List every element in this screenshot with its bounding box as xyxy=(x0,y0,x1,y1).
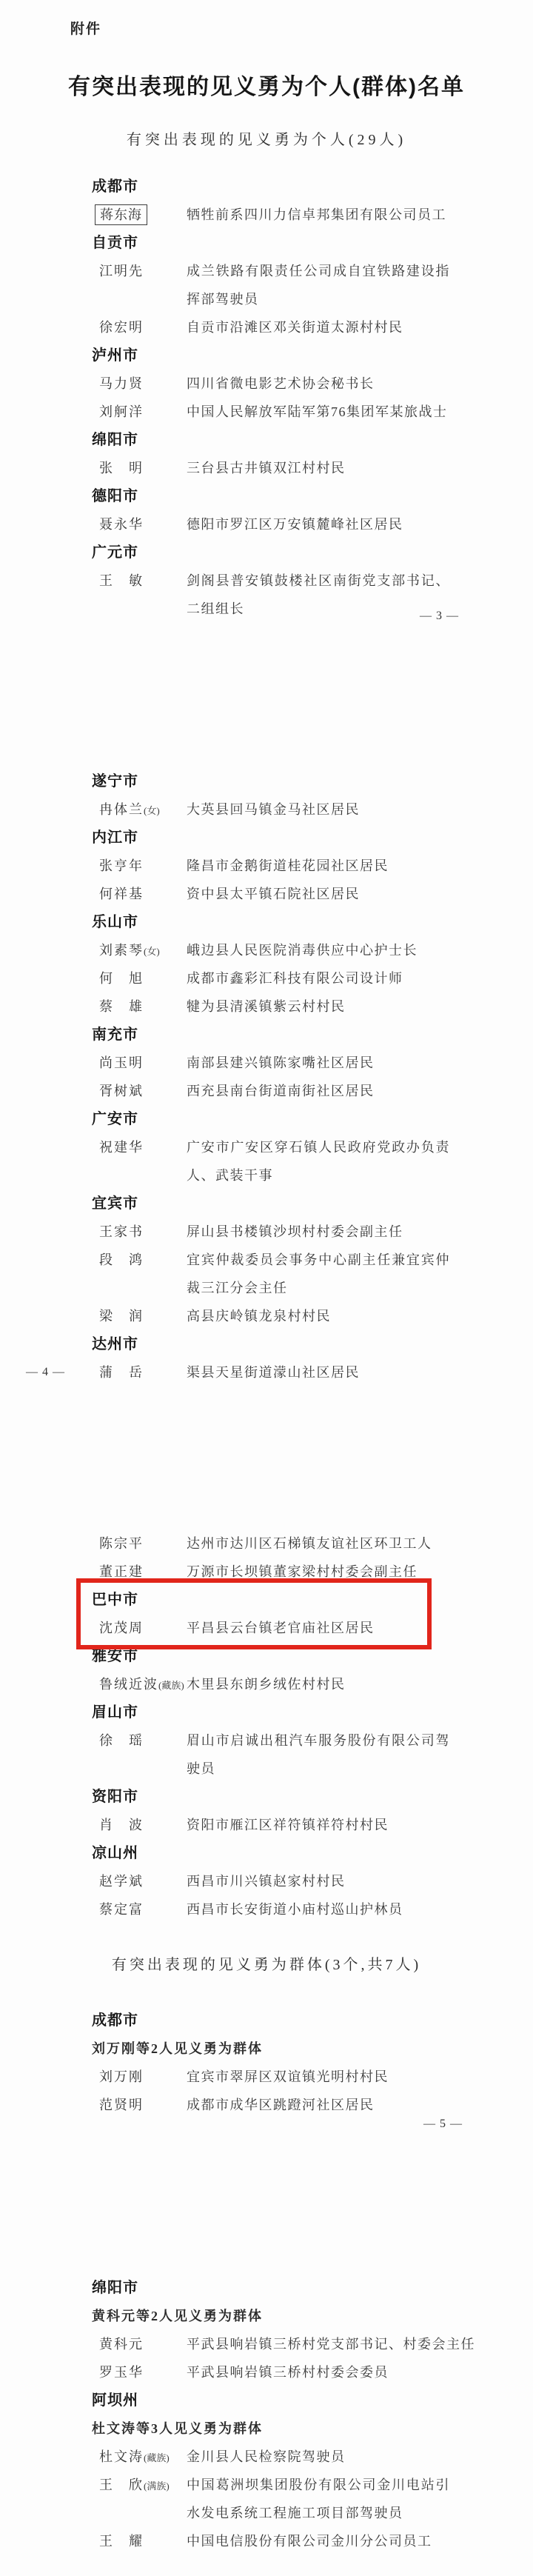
individual-section-title: 有突出表现的见义勇为个人(29人) xyxy=(0,127,533,149)
entry-name: 鲁绒近波(藏族) xyxy=(99,1670,184,1700)
entry-row: 段 鸿宜宾仲裁委员会事务中心副主任兼宜宾仲裁三江分会主任 xyxy=(0,1246,533,1302)
entry-desc: 峨边县人民医院消毒供应中心护士长 xyxy=(187,936,450,964)
entry-name: 马力贤 xyxy=(99,370,144,398)
entry-row: 蔡 雄犍为县清溪镇紫云村村民 xyxy=(0,992,533,1021)
entry-desc: 高县庆岭镇龙泉村村民 xyxy=(187,1302,450,1330)
entry-desc: 广安市广安区穿石镇人民政府党政办负责人、武装干事 xyxy=(187,1133,450,1189)
entry-name: 肖 波 xyxy=(99,1811,144,1839)
entry-row: 胥树斌西充县南台街道南街社区居民 xyxy=(0,1077,533,1105)
entry-name: 沈茂周 xyxy=(99,1614,144,1642)
page2-list: 遂宁市冉体兰(女)大英县回马镇金马社区居民内江市张亨年隆昌市金鹅街道桂花园社区居… xyxy=(0,767,533,1387)
entry-ethnic-suffix: (藏族) xyxy=(144,2452,170,2463)
entry-row: 蒋东海牺牲前系四川力信卓邦集团有限公司员工 xyxy=(0,201,533,229)
entry-desc: 平武县响岩镇三桥村村委会委员 xyxy=(187,2358,450,2386)
entry-desc: 西充县南台街道南街社区居民 xyxy=(187,1077,450,1105)
entry-name: 王 耀 xyxy=(99,2527,144,2555)
group-header: 刘万刚等2人见义勇为群体 xyxy=(0,2035,533,2063)
entry-row: 刘素琴(女)峨边县人民医院消毒供应中心护士长 xyxy=(0,936,533,964)
entry-name: 刘万刚 xyxy=(99,2063,144,2091)
entry-desc: 渠县天星街道濛山社区居民 xyxy=(187,1358,450,1387)
city-header: 乐山市 xyxy=(0,908,533,936)
entry-row: 马力贤四川省微电影艺术协会秘书长 xyxy=(0,370,533,398)
entry-row: 鲁绒近波(藏族)木里县东朗乡绒佐村村民 xyxy=(0,1670,533,1698)
entry-name: 王 欣(满族) xyxy=(99,2471,170,2500)
entry-row: 江明先成兰铁路有限责任公司成自宜铁路建设指挥部驾驶员 xyxy=(0,257,533,313)
entry-name: 杜文涛(藏族) xyxy=(99,2443,170,2472)
city-header: 遂宁市 xyxy=(0,767,533,795)
group-section-title: 有突出表现的见义勇为群体(3个,共7人) xyxy=(0,1951,533,1979)
entry-row: 王 耀中国电信股份有限公司金川分公司员工 xyxy=(0,2527,533,2555)
entry-desc: 西昌市长安街道小庙村巡山护林员 xyxy=(187,1895,450,1923)
entry-name: 范贤明 xyxy=(99,2091,144,2119)
entry-name: 徐 瑶 xyxy=(99,1726,144,1755)
city-header: 绵阳市 xyxy=(0,426,533,454)
group-header: 黄科元等2人见义勇为群体 xyxy=(0,2302,533,2330)
entry-ethnic-suffix: (女) xyxy=(144,946,160,957)
document-page: 附件 有突出表现的见义勇为个人(群体)名单 有突出表现的见义勇为个人(29人) … xyxy=(0,0,533,2576)
entry-name: 陈宗平 xyxy=(99,1529,144,1558)
entry-ethnic-suffix: (藏族) xyxy=(158,1680,184,1691)
entry-row: 沈茂周平昌县云台镇老官庙社区居民 xyxy=(81,1614,427,1642)
entry-name-boxed: 蒋东海 xyxy=(95,204,147,225)
entry-desc: 成都市成华区跳蹬河社区居民 xyxy=(187,2091,450,2119)
group-header: 杜文涛等3人见义勇为群体 xyxy=(0,2415,533,2443)
entry-ethnic-suffix: (满族) xyxy=(144,2480,170,2492)
city-header: 成都市 xyxy=(0,2006,533,2035)
entry-name: 黄科元 xyxy=(99,2330,144,2358)
entry-desc: 达州市达川区石梯镇友谊社区环卫工人 xyxy=(187,1529,450,1558)
page-number-4: — 4 — xyxy=(26,1365,65,1380)
entry-desc: 资中县太平镇石院社区居民 xyxy=(187,880,450,908)
entry-desc: 四川省微电影艺术协会秘书长 xyxy=(187,370,450,398)
city-header: 达州市 xyxy=(0,1330,533,1358)
entry-name: 蔡定富 xyxy=(99,1895,144,1923)
entry-name: 王家书 xyxy=(99,1218,144,1246)
city-header: 资阳市 xyxy=(0,1783,533,1811)
city-header: 德阳市 xyxy=(0,482,533,510)
entry-ethnic-suffix: (女) xyxy=(144,805,160,816)
entry-desc: 犍为县清溪镇紫云村村民 xyxy=(187,992,450,1021)
city-header: 内江市 xyxy=(0,824,533,852)
entry-name: 何祥基 xyxy=(99,880,144,908)
entry-name: 刘素琴(女) xyxy=(99,936,160,966)
entry-row: 陈宗平达州市达川区石梯镇友谊社区环卫工人 xyxy=(0,1529,533,1558)
entry-name: 祝建华 xyxy=(99,1133,144,1161)
entry-desc: 屏山县书楼镇沙坝村村委会副主任 xyxy=(187,1218,450,1246)
entry-row: 刘万刚宜宾市翠屏区双谊镇光明村村民 xyxy=(0,2063,533,2091)
entry-name: 张 明 xyxy=(99,454,144,482)
entry-row: 何祥基资中县太平镇石院社区居民 xyxy=(0,880,533,908)
entry-row: 张 明三台县古井镇双江村村民 xyxy=(0,454,533,482)
page-number-3: — 3 — xyxy=(420,609,459,624)
entry-desc: 西昌市川兴镇赵家村村民 xyxy=(187,1867,450,1895)
entry-row: 王 欣(满族)中国葛洲坝集团股份有限公司金川电站引水发电系统工程施工项目部驾驶员 xyxy=(0,2471,533,2527)
entry-name: 尚玉明 xyxy=(99,1049,144,1077)
page-number-5: — 5 — xyxy=(423,2117,463,2132)
entry-row: 祝建华广安市广安区穿石镇人民政府党政办负责人、武装干事 xyxy=(0,1133,533,1189)
entry-desc: 眉山市启诚出租汽车服务股份有限公司驾驶员 xyxy=(187,1726,450,1783)
entry-desc: 成兰铁路有限责任公司成自宜铁路建设指挥部驾驶员 xyxy=(187,257,450,313)
entry-desc: 大英县回马镇金马社区居民 xyxy=(187,795,450,824)
city-header: 眉山市 xyxy=(0,1698,533,1726)
highlight-box: 巴中市沈茂周平昌县云台镇老官庙社区居民 xyxy=(76,1578,432,1649)
page4-list: 绵阳市黄科元等2人见义勇为群体黄科元平武县响岩镇三桥村党支部书记、村委会主任罗玉… xyxy=(0,2274,533,2555)
entry-row: 黄科元平武县响岩镇三桥村党支部书记、村委会主任 xyxy=(0,2330,533,2358)
entry-row: 罗玉华平武县响岩镇三桥村村委会委员 xyxy=(0,2358,533,2386)
entry-desc: 牺牲前系四川力信卓邦集团有限公司员工 xyxy=(187,201,450,229)
entry-name: 梁 润 xyxy=(99,1302,144,1330)
entry-desc: 中国人民解放军陆军第76集团军某旅战士 xyxy=(187,398,450,426)
attachment-label: 附件 xyxy=(70,18,101,38)
entry-row: 徐宏明自贡市沿滩区邓关街道太源村村民 xyxy=(0,313,533,341)
entry-desc: 隆昌市金鹅街道桂花园社区居民 xyxy=(187,852,450,880)
entry-row: 梁 润高县庆岭镇龙泉村村民 xyxy=(0,1302,533,1330)
entry-row: 张亨年隆昌市金鹅街道桂花园社区居民 xyxy=(0,852,533,880)
entry-row: 蒲 岳渠县天星街道濛山社区居民 xyxy=(0,1358,533,1387)
entry-row: 刘舸洋中国人民解放军陆军第76集团军某旅战士 xyxy=(0,398,533,426)
entry-desc: 金川县人民检察院驾驶员 xyxy=(187,2443,450,2471)
entry-row: 赵学斌西昌市川兴镇赵家村村民 xyxy=(0,1867,533,1895)
entry-name: 蔡 雄 xyxy=(99,992,144,1021)
city-header: 广元市 xyxy=(0,538,533,567)
city-header: 绵阳市 xyxy=(0,2274,533,2302)
entry-row: 杜文涛(藏族)金川县人民检察院驾驶员 xyxy=(0,2443,533,2471)
entry-desc: 自贡市沿滩区邓关街道太源村村民 xyxy=(187,313,450,341)
entry-row: 何 旭成都市鑫彩汇科技有限公司设计师 xyxy=(0,964,533,992)
entry-name: 徐宏明 xyxy=(99,313,144,341)
entry-name: 赵学斌 xyxy=(99,1867,144,1895)
entry-row: 肖 波资阳市雁江区祥符镇祥符村村民 xyxy=(0,1811,533,1839)
entry-desc: 木里县东朗乡绒佐村村民 xyxy=(187,1670,450,1698)
entry-row: 王家书屏山县书楼镇沙坝村村委会副主任 xyxy=(0,1218,533,1246)
city-header: 巴中市 xyxy=(81,1586,427,1614)
entry-desc: 德阳市罗江区万安镇麓峰社区居民 xyxy=(187,510,450,538)
entry-desc: 中国电信股份有限公司金川分公司员工 xyxy=(187,2527,450,2555)
entry-name: 段 鸿 xyxy=(99,1246,144,1274)
city-header: 成都市 xyxy=(0,173,533,201)
city-header: 凉山州 xyxy=(0,1839,533,1867)
page3-list: 陈宗平达州市达川区石梯镇友谊社区环卫工人董正建万源市长坝镇董家梁村村委会副主任巴… xyxy=(0,1529,533,2119)
entry-name: 王 敏 xyxy=(99,567,144,595)
entry-name: 刘舸洋 xyxy=(99,398,144,426)
entry-desc: 三台县古井镇双江村村民 xyxy=(187,454,450,482)
entry-desc: 剑阁县普安镇鼓楼社区南街党支部书记、二组组长 xyxy=(187,567,450,623)
entry-name: 胥树斌 xyxy=(99,1077,144,1105)
entry-desc: 资阳市雁江区祥符镇祥符村村民 xyxy=(187,1811,450,1839)
entry-desc: 宜宾市翠屏区双谊镇光明村村民 xyxy=(187,2063,450,2091)
entry-name: 张亨年 xyxy=(99,852,144,880)
entry-row: 冉体兰(女)大英县回马镇金马社区居民 xyxy=(0,795,533,824)
entry-desc: 成都市鑫彩汇科技有限公司设计师 xyxy=(187,964,450,992)
entry-name: 冉体兰(女) xyxy=(99,795,160,825)
entry-desc: 中国葛洲坝集团股份有限公司金川电站引水发电系统工程施工项目部驾驶员 xyxy=(187,2471,450,2527)
page1-list: 成都市蒋东海牺牲前系四川力信卓邦集团有限公司员工自贡市江明先成兰铁路有限责任公司… xyxy=(0,173,533,623)
entry-desc: 平武县响岩镇三桥村党支部书记、村委会主任 xyxy=(187,2330,450,2358)
entry-desc: 南部县建兴镇陈家嘴社区居民 xyxy=(187,1049,450,1077)
city-header: 泸州市 xyxy=(0,341,533,370)
document-title: 有突出表现的见义勇为个人(群体)名单 xyxy=(0,68,533,101)
entry-desc: 宜宾仲裁委员会事务中心副主任兼宜宾仲裁三江分会主任 xyxy=(187,1246,450,1302)
entry-name: 罗玉华 xyxy=(99,2358,144,2386)
city-header: 南充市 xyxy=(0,1021,533,1049)
entry-name: 聂永华 xyxy=(99,510,144,538)
entry-name: 蒲 岳 xyxy=(99,1358,144,1387)
city-header: 宜宾市 xyxy=(0,1189,533,1218)
entry-row: 徐 瑶眉山市启诚出租汽车服务股份有限公司驾驶员 xyxy=(0,1726,533,1783)
city-header: 自贡市 xyxy=(0,229,533,257)
entry-name: 江明先 xyxy=(99,257,144,285)
entry-name: 何 旭 xyxy=(99,964,144,992)
entry-desc: 平昌县云台镇老官庙社区居民 xyxy=(187,1614,450,1642)
entry-row: 范贤明成都市成华区跳蹬河社区居民 xyxy=(0,2091,533,2119)
city-header: 广安市 xyxy=(0,1105,533,1133)
entry-row: 蔡定富西昌市长安街道小庙村巡山护林员 xyxy=(0,1895,533,1923)
entry-row: 聂永华德阳市罗江区万安镇麓峰社区居民 xyxy=(0,510,533,538)
entry-row: 尚玉明南部县建兴镇陈家嘴社区居民 xyxy=(0,1049,533,1077)
city-header: 阿坝州 xyxy=(0,2386,533,2415)
